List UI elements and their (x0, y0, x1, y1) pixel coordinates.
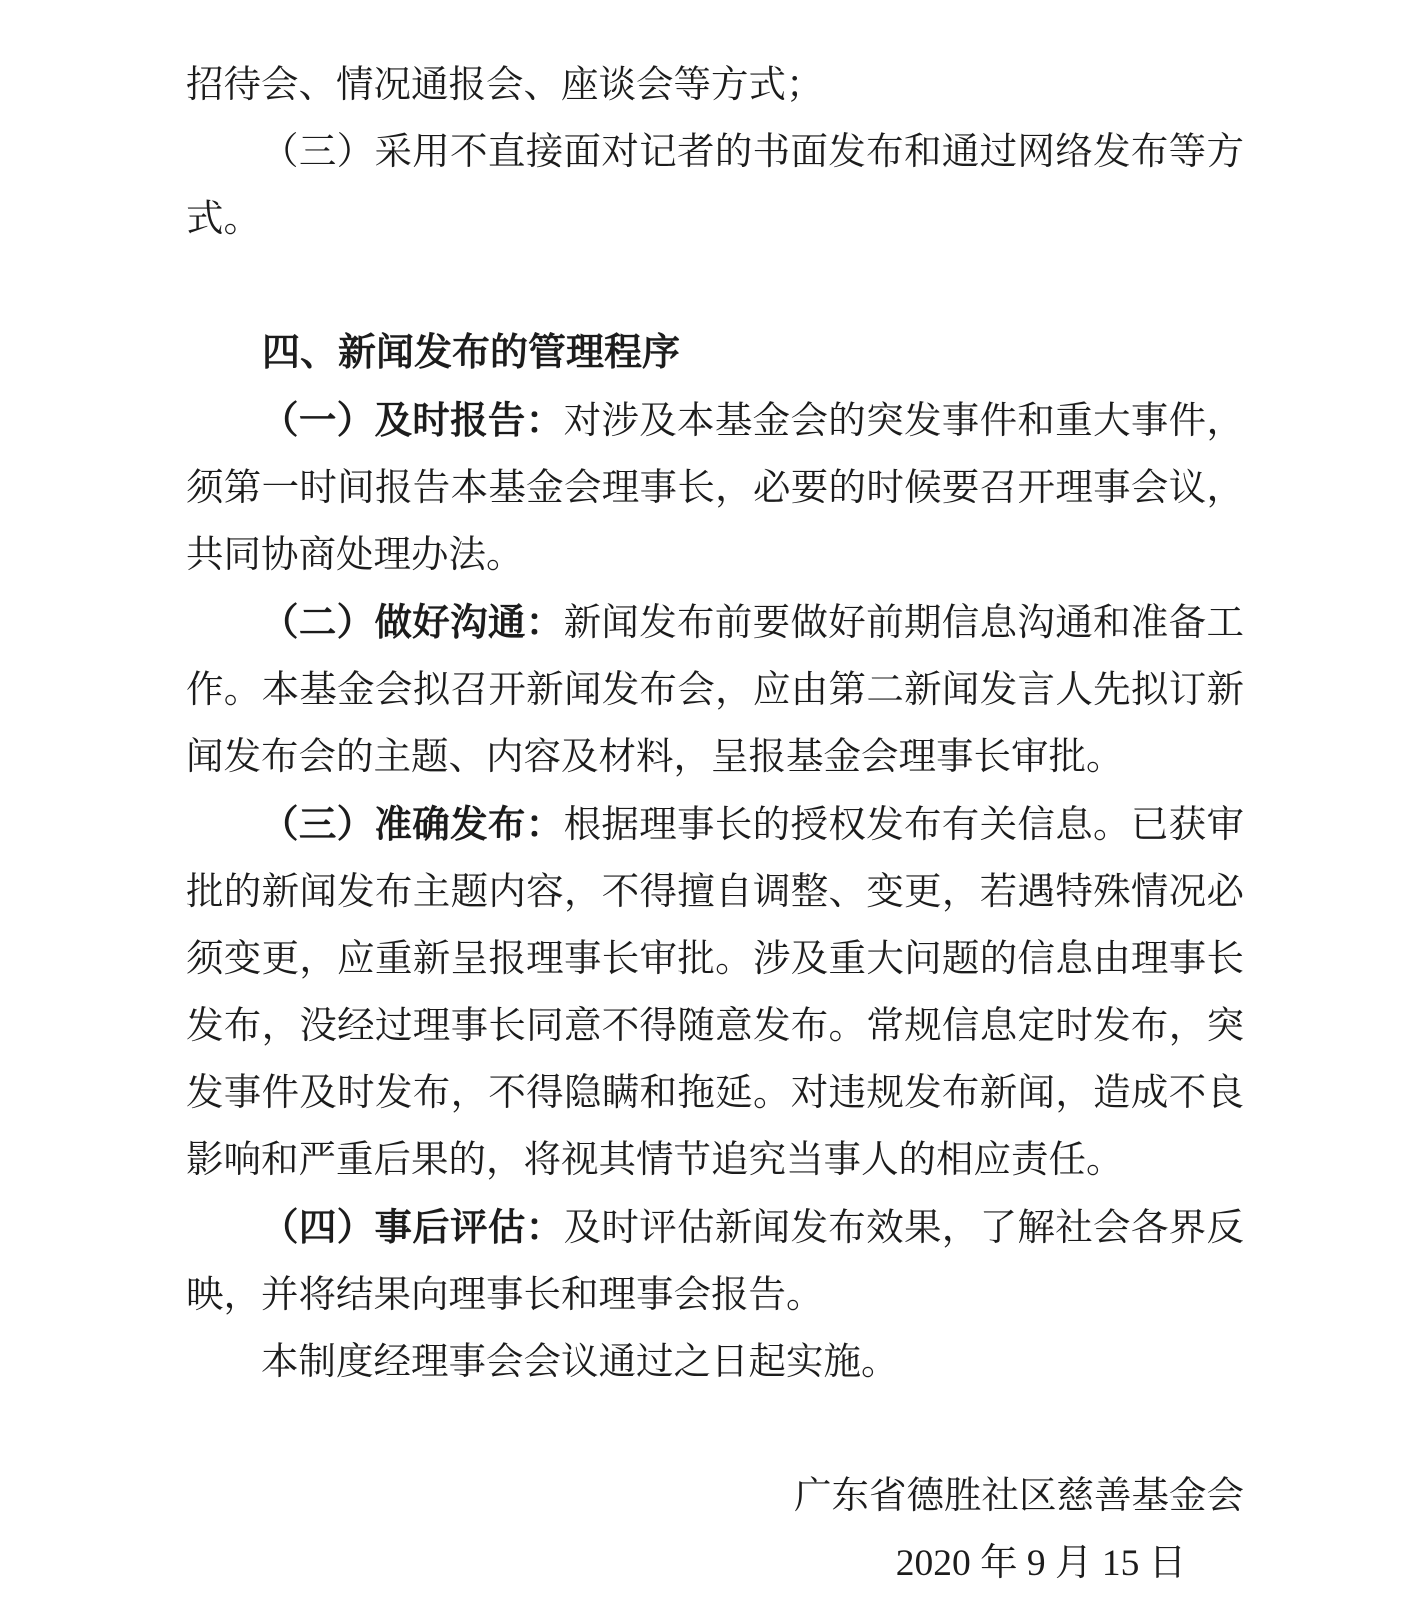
section-heading: 四、新闻发布的管理程序 (186, 320, 1244, 387)
blank-line-divider (186, 1396, 1244, 1463)
paragraph-accurate-release: （三）准确发布：根据理事长的授权发布有关信息。已获审批的新闻发布主题内容，不得擅… (186, 791, 1244, 1194)
paragraph-timely-report: （一）及时报告：对涉及本基金会的突发事件和重大事件，须第一时间报告本基金会理事长… (186, 387, 1244, 589)
signature-date: 2020 年 9 月 15 日 (816, 1530, 1266, 1597)
paragraph-text-3: 根据理事长的授权发布有关信息。已获审批的新闻发布主题内容，不得擅自调整、变更，若… (186, 805, 1244, 1181)
paragraph-lead-2: （二）做好沟通： (261, 601, 564, 643)
paragraph-lead-1: （一）及时报告： (261, 399, 564, 441)
paragraph-effective-date: 本制度经理事会会议通过之日起实施。 (186, 1329, 1244, 1396)
paragraph-lead-3: （三）准确发布： (261, 803, 564, 845)
document-page: 招待会、情况通报会、座谈会等方式； （三）采用不直接面对记者的书面发布和通过网络… (0, 0, 1425, 1600)
signature-organization: 广东省德胜社区慈善基金会 (794, 1463, 1244, 1530)
signature-block: 广东省德胜社区慈善基金会 2020 年 9 月 15 日 (794, 1463, 1244, 1597)
paragraph-post-evaluation: （四）事后评估：及时评估新闻发布效果，了解社会各界反映，并将结果向理事长和理事会… (186, 1194, 1244, 1329)
paragraph-continuation: 招待会、情况通报会、座谈会等方式； (186, 52, 1244, 119)
paragraph-lead-4: （四）事后评估： (261, 1206, 564, 1248)
paragraph-item-3-methods: （三）采用不直接面对记者的书面发布和通过网络发布等方式。 (186, 119, 1244, 253)
paragraph-communication: （二）做好沟通：新闻发布前要做好前期信息沟通和准备工作。本基金会拟召开新闻发布会… (186, 589, 1244, 791)
blank-line-divider (186, 253, 1244, 320)
